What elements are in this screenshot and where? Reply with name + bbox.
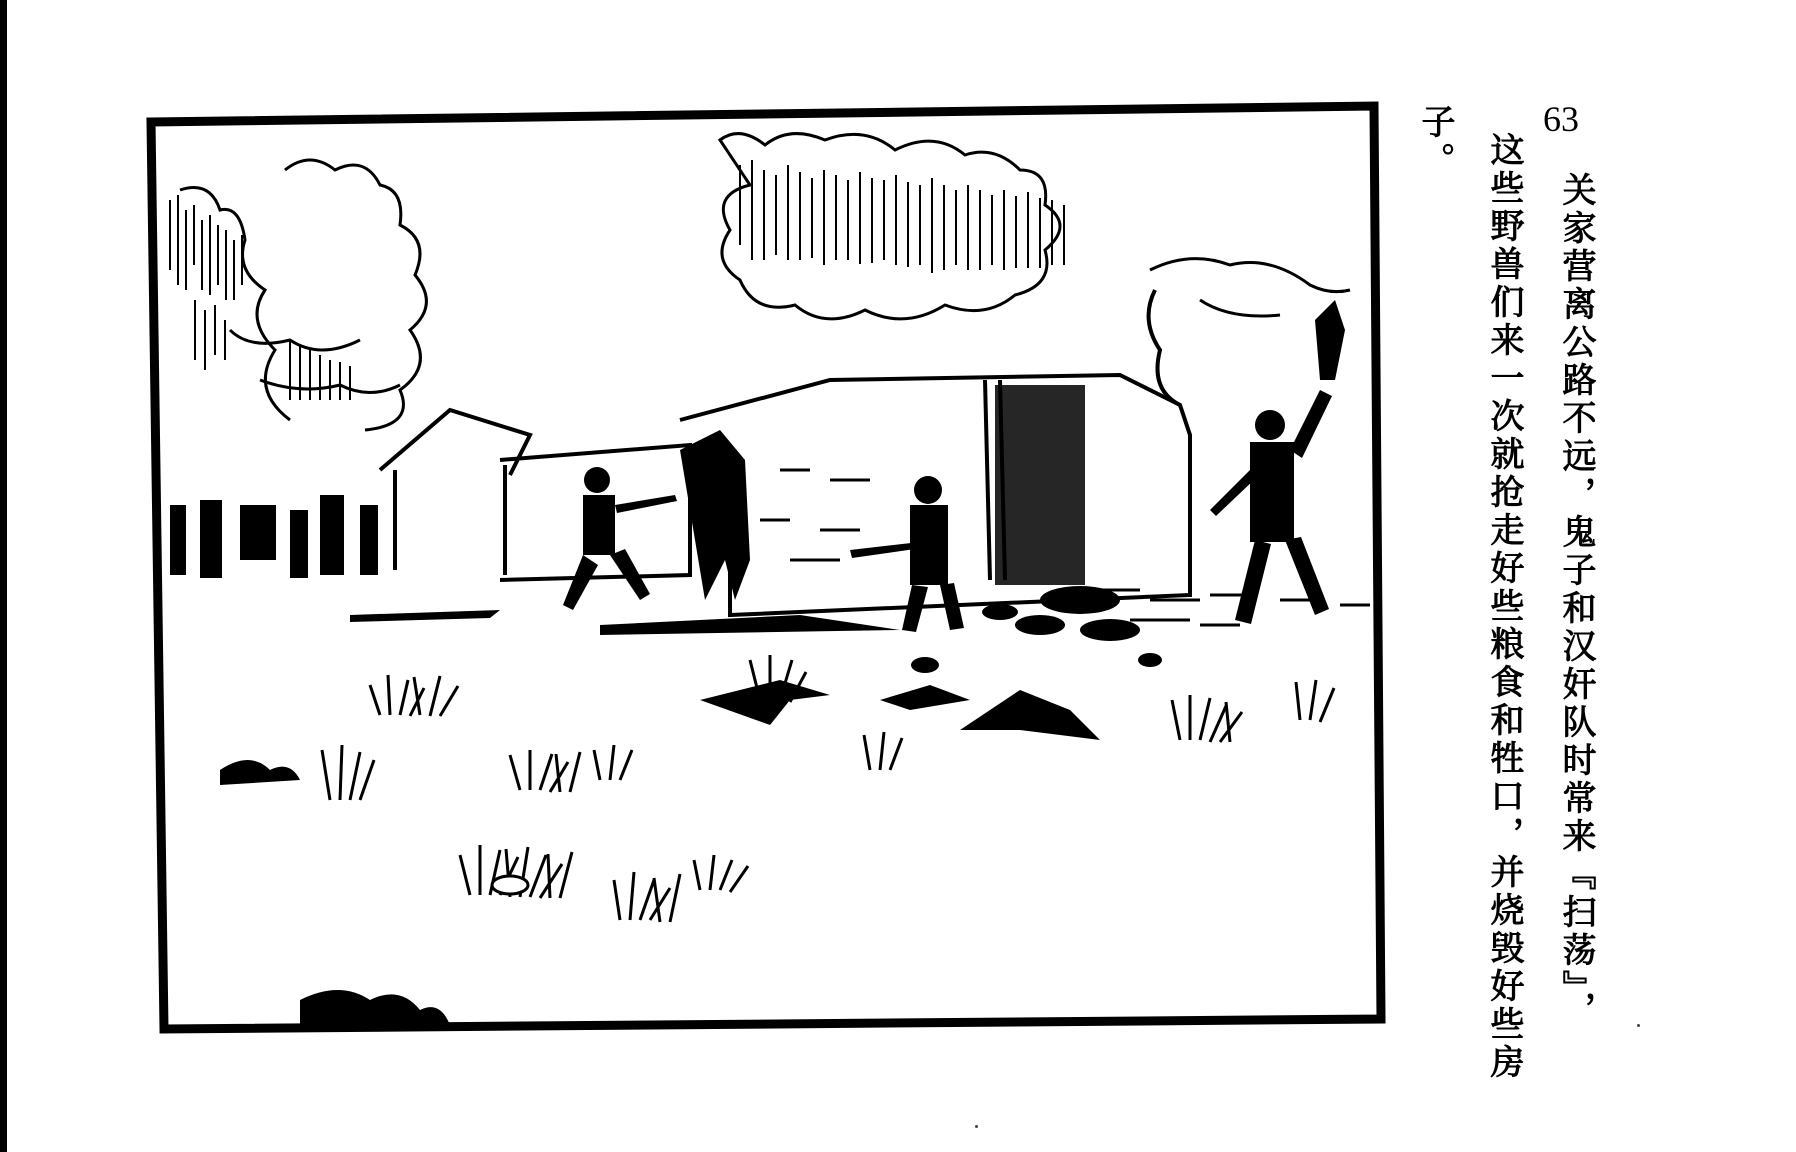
caption-line-1: 关家营离公路不远，鬼子和汉奸队时常来『扫荡』， [1556,172,1596,1029]
page-number: 63 [1543,98,1579,140]
scan-speck [975,1125,978,1128]
caption-line-3: 子。 [1415,104,1455,180]
illustration-panel [0,0,1796,1152]
scan-speck [1637,1024,1640,1027]
caption-line-2: 这些野兽们来一次就抢走好些粮食和牲口，并烧毁好些房 [1484,132,1524,1082]
